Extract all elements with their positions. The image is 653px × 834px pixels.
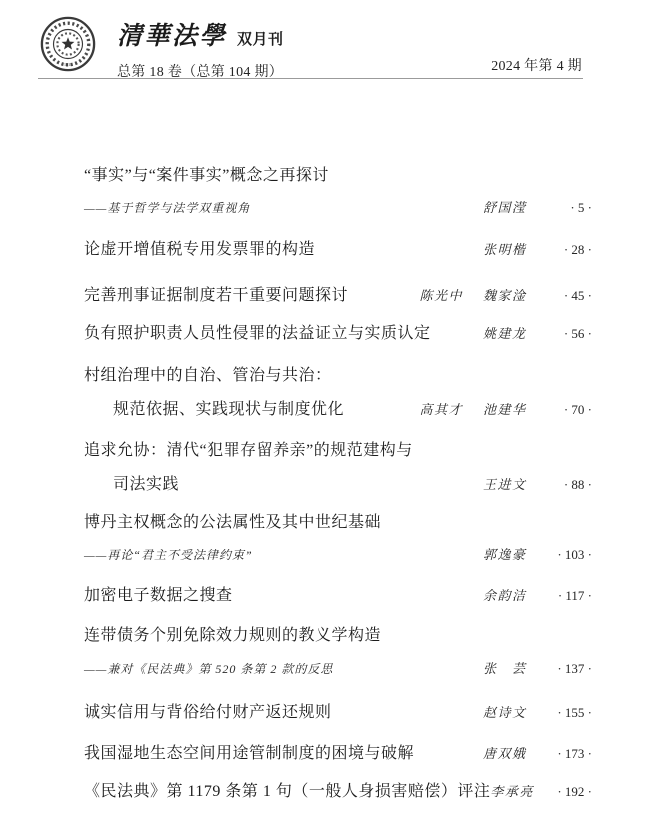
page-number: · 137 · <box>540 661 592 677</box>
seal-year-text: 1911 <box>64 62 72 67</box>
author-name: 舒国滢 <box>483 197 540 216</box>
toc-line: 加密电子数据之搜查 余韵洁 · 117 · <box>84 582 592 605</box>
page-number: · 56 · <box>540 326 592 342</box>
toc-line: 规范依据、实践现状与制度优化 高其才 池建华 · 70 · <box>84 396 592 419</box>
author-name: 张明楷 <box>483 239 540 258</box>
toc-entry-subtitle: ——基于哲学与法学双重视角 <box>84 199 483 216</box>
toc-line: 追求允协：清代“犯罪存留养亲”的规范建构与 <box>84 437 592 460</box>
toc-entry-title: 加密电子数据之搜查 <box>84 582 483 605</box>
page-number: · 173 · <box>540 746 592 762</box>
author-name: 魏家淦 <box>483 285 540 304</box>
university-seal-icon: 1911 <box>39 15 97 73</box>
toc-entry-title: 论虚开增值税专用发票罪的构造 <box>84 236 483 259</box>
toc-line: 博丹主权概念的公法属性及其中世纪基础 <box>84 509 592 532</box>
page-number: · 88 · <box>540 477 592 493</box>
author-name: 唐双娥 <box>483 743 540 762</box>
toc-entry-subtitle: ——再论“君主不受法律约束” <box>84 546 483 563</box>
toc-entry-subtitle: ——兼对《民法典》第 520 条第 2 款的反思 <box>84 660 483 677</box>
toc-line: 诚实信用与背俗给付财产返还规则 赵诗文 · 155 · <box>84 699 592 722</box>
author-name: 余韵洁 <box>483 585 540 604</box>
page-number: · 70 · <box>540 402 592 418</box>
toc-entry-title-continued: 司法实践 <box>84 471 483 494</box>
page-number: · 192 · <box>544 784 592 800</box>
toc-entry-title-continued: 规范依据、实践现状与制度优化 <box>84 396 419 419</box>
toc-line: 村组治理中的自治、管治与共治： <box>84 362 592 385</box>
toc-line: 连带债务个别免除效力规则的教义学构造 <box>84 622 592 645</box>
toc-entry-title: 《民法典》第 1179 条第 1 句（一般人身损害赔偿）评注 <box>84 778 490 801</box>
author-name: 李承亮 <box>490 781 543 800</box>
toc-entry-title: 我国湿地生态空间用途管制制度的困境与破解 <box>84 740 483 763</box>
toc-line: ——兼对《民法典》第 520 条第 2 款的反思 张 芸 · 137 · <box>84 658 592 677</box>
toc-line: 论虚开增值税专用发票罪的构造 张明楷 · 28 · <box>84 236 592 259</box>
toc-entry-title: 负有照护职责人员性侵罪的法益证立与实质认定 <box>84 320 483 343</box>
author-name: 赵诗文 <box>483 702 540 721</box>
page-number: · 117 · <box>540 588 592 604</box>
page-number: · 28 · <box>540 242 592 258</box>
page-number: · 45 · <box>540 288 592 304</box>
toc-line: 负有照护职责人员性侵罪的法益证立与实质认定 姚建龙 · 56 · <box>84 320 592 343</box>
toc-entry-title: 连带债务个别免除效力规则的教义学构造 <box>84 622 592 645</box>
toc-entry-title: 村组治理中的自治、管治与共治： <box>84 362 592 385</box>
author-name: 姚建龙 <box>483 323 540 342</box>
toc-line: 我国湿地生态空间用途管制制度的困境与破解 唐双娥 · 173 · <box>84 740 592 763</box>
toc-entry-title: 追求允协：清代“犯罪存留养亲”的规范建构与 <box>84 437 592 460</box>
author-name: 池建华 <box>483 399 540 418</box>
toc-line: 完善刑事证据制度若干重要问题探讨 陈光中 魏家淦 · 45 · <box>84 282 592 305</box>
toc-entry-title: 诚实信用与背俗给付财产返还规则 <box>84 699 483 722</box>
issue-info: 2024 年第 4 期 <box>491 55 582 75</box>
toc-line: “事实”与“案件事实”概念之再探讨 <box>84 162 592 185</box>
page-number: · 5 · <box>540 200 592 216</box>
toc-line: ——再论“君主不受法律约束” 郭逸豪 · 103 · <box>84 544 592 563</box>
toc-entry-title: “事实”与“案件事实”概念之再探讨 <box>84 162 592 185</box>
author-name: 陈光中 <box>419 285 463 304</box>
author-name: 高其才 <box>419 399 463 418</box>
journal-subtitle: 双月刊 <box>237 28 284 49</box>
page-number: · 103 · <box>540 547 592 563</box>
journal-title: 清華法學 <box>117 16 227 52</box>
masthead: 清華法學 双月刊 总第 18 卷（总第 104 期） <box>117 16 284 81</box>
author-name: 王进文 <box>483 474 540 493</box>
author-name: 张 芸 <box>483 658 540 677</box>
toc-entry-title: 完善刑事证据制度若干重要问题探讨 <box>84 282 419 305</box>
page-number: · 155 · <box>540 705 592 721</box>
toc-line: 《民法典》第 1179 条第 1 句（一般人身损害赔偿）评注 李承亮 · 192… <box>84 778 592 801</box>
toc-line: ——基于哲学与法学双重视角 舒国滢 · 5 · <box>84 197 592 216</box>
toc-entry-title: 博丹主权概念的公法属性及其中世纪基础 <box>84 509 592 532</box>
header-divider <box>38 78 583 79</box>
toc-line: 司法实践 王进文 · 88 · <box>84 471 592 494</box>
author-name: 郭逸豪 <box>483 544 540 563</box>
